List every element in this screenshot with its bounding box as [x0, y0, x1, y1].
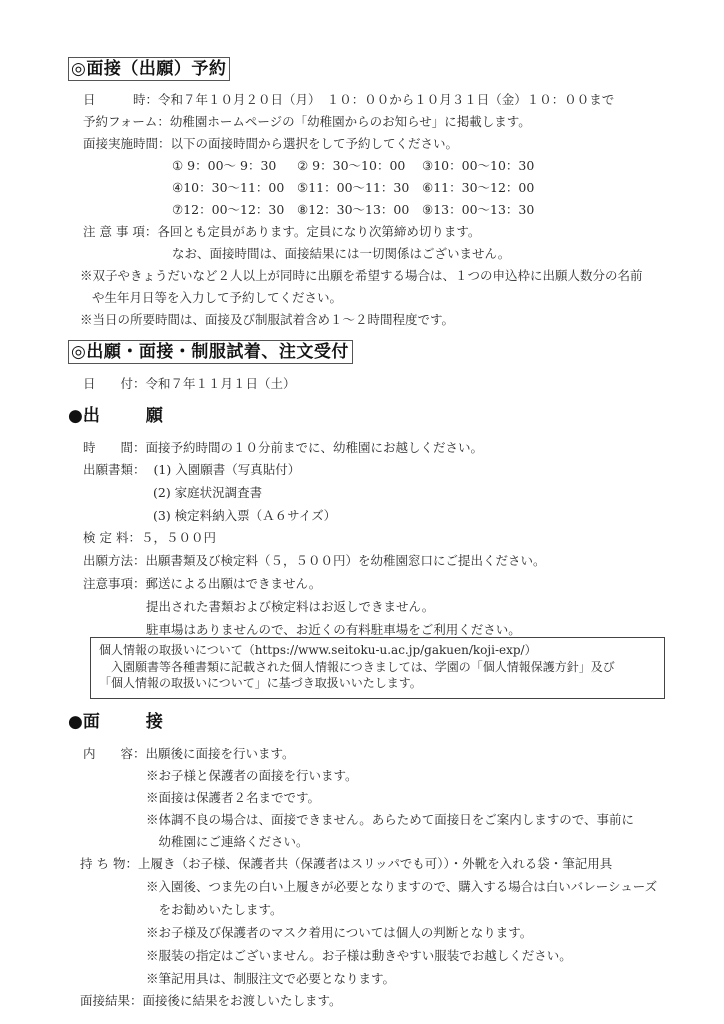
documents-row: 出願書類：(1) 入園願書（写真貼付） — [83, 462, 300, 478]
row-label: 注 意 事 項： — [83, 224, 157, 240]
row-label: 注意事項： — [83, 576, 146, 592]
application-note-line: 駐車場はありませんので、お近くの有料駐車場をご利用ください。 — [146, 622, 521, 638]
fee-row: 検 定 料：５，５００円 — [83, 530, 216, 546]
notes-row: 注 意 事 項：各回とも定員があります。定員になり次第締め切ります。 — [83, 224, 480, 240]
time-slot: ⑤11：00～11：30 — [297, 180, 422, 196]
row-label: 持 ち 物： — [80, 856, 138, 872]
remark-line: ※当日の所要時間は、面接及び制服試着含め１～２時間程度です。 — [80, 312, 454, 328]
remark-line: ※双子やきょうだいなど２人以上が同時に出願を希望する場合は、１つの申込枠に出願人… — [80, 268, 643, 284]
section-heading-interview-reservation: ◎面接（出願）予約 — [68, 57, 230, 81]
row-label: 日 付： — [83, 376, 146, 392]
row-label: 出願書類： — [83, 462, 146, 478]
time-slot: ⑥11：30～12：00 — [422, 180, 534, 195]
row-value: 各回とも定員があります。定員になり次第締め切ります。 — [157, 224, 480, 239]
notes-line: なお、面接時間は、面接結果には一切関係はございません。 — [172, 246, 510, 262]
row-label: 面接実施時間： — [83, 136, 171, 152]
time-slot: ③10：00～10：30 — [422, 158, 534, 173]
row-label: 出願方法： — [83, 553, 146, 569]
row-value: 令和７年１０月２０日（月） １０：００から１０月３１日（金）１０：００まで — [158, 92, 614, 107]
row-value: 面接後に結果をお渡しいたします。 — [143, 993, 342, 1008]
subheading-part: ●面 — [68, 712, 100, 732]
content-row: 内 容：出願後に面接を行います。 — [83, 746, 295, 762]
time-slot-row: ④10：30～11：00⑤11：00～11：30⑥11：30～12：00 — [172, 180, 534, 196]
privacy-title: 個人情報の取扱いについて（https://www.seitoku-u.ac.jp… — [99, 642, 656, 659]
row-value: 幼稚園ホームページの「幼稚園からのお知らせ」に掲載します。 — [170, 114, 531, 129]
application-notes-row: 注意事項：郵送による出願はできません。 — [83, 576, 321, 592]
result-row: 面接結果：面接後に結果をお渡しいたします。 — [80, 993, 342, 1009]
row-value: 上履き（お子様、保護者共（保護者はスリッパでも可））・外靴を入れる袋・筆記用具 — [138, 856, 612, 871]
time-slot: ⑦12：00～12：30 — [172, 202, 297, 218]
privacy-notice-box: 個人情報の取扱いについて（https://www.seitoku-u.ac.jp… — [90, 637, 665, 699]
belongings-note: ※入園後、つま先の白い上履きが必要となりますので、購入する場合は白いバレーシュー… — [146, 879, 657, 895]
belongings-row: 持 ち 物：上履き（お子様、保護者共（保護者はスリッパでも可））・外靴を入れる袋… — [80, 856, 612, 872]
content-note: ※体調不良の場合は、面接できません。あらためて面接日をご案内しますので、事前に — [146, 812, 634, 828]
time-slot: ⑧12：30～13：00 — [297, 202, 422, 218]
document-item: (2) 家庭状況調査書 — [153, 485, 262, 501]
section-heading-application-interview-uniform: ◎出願・面接・制服試着、注文受付 — [68, 340, 353, 364]
document-item: (3) 検定料納入票（Ａ６サイズ） — [153, 508, 336, 524]
row-label: 面接結果： — [80, 993, 143, 1009]
belongings-note: ※服装の指定はございません。お子様は動きやすい服装でお越しください。 — [146, 948, 572, 964]
date-row: 日 付：令和７年１１月１日（土） — [83, 376, 296, 392]
privacy-text: 入園願書等各種書類に記載された個人情報につきましては、学園の「個人情報保護方針」… — [99, 659, 656, 676]
method-row: 出願方法：出願書類及び検定料（５，５００円）を幼稚園窓口にご提出ください。 — [83, 553, 546, 569]
subheading-interview: ●面接 — [68, 712, 163, 732]
row-value: 以下の面接時間から選択をして予約してください。 — [171, 136, 459, 151]
row-label: 予約フォーム： — [83, 114, 170, 130]
time-slot: ② 9：30～10：00 — [297, 158, 422, 174]
row-value: 出願後に面接を行います。 — [146, 746, 295, 761]
subheading-application: ●出願 — [68, 406, 163, 426]
content-note: ※面接は保護者２名までです。 — [146, 790, 320, 806]
time-slot-row: ① 9：00～ 9：30② 9：30～10：00③10：00～10：30 — [172, 158, 534, 174]
row-value: ５，５００円 — [141, 530, 216, 545]
privacy-text: 「個人情報の取扱いについて」に基づき取扱いいたします。 — [99, 675, 656, 692]
row-value: 令和７年１１月１日（土） — [146, 376, 296, 391]
row-value: 面接予約時間の１０分前までに、幼稚園にお越しください。 — [146, 440, 484, 455]
subheading-part: 願 — [146, 406, 163, 426]
row-label: 検 定 料： — [83, 530, 141, 546]
row-label: 内 容： — [83, 746, 146, 762]
reservation-form-row: 予約フォーム：幼稚園ホームページの「幼稚園からのお知らせ」に掲載します。 — [83, 114, 531, 130]
time-row: 時 間：面接予約時間の１０分前までに、幼稚園にお越しください。 — [83, 440, 483, 456]
application-note-line: 提出された書類および検定料はお返しできません。 — [146, 599, 434, 615]
time-slot: ④10：30～11：00 — [172, 180, 297, 196]
subheading-part: 接 — [146, 712, 163, 732]
interview-time-row: 面接実施時間：以下の面接時間から選択をして予約してください。 — [83, 136, 458, 152]
row-label: 日 時： — [83, 92, 158, 108]
time-slot-row: ⑦12：00～12：30⑧12：30～13：00⑨13：00～13：30 — [172, 202, 534, 218]
reservation-date-row: 日 時：令和７年１０月２０日（月） １０：００から１０月３１日（金）１０：００ま… — [83, 92, 614, 108]
time-slot: ⑨13：00～13：30 — [422, 202, 534, 217]
belongings-note: ※筆記用具は、制服注文で必要となります。 — [146, 971, 395, 987]
row-value: 郵送による出願はできません。 — [146, 576, 322, 591]
remark-line: や生年月日等を入力して予約してください。 — [92, 290, 342, 306]
belongings-note: ※お子様及び保護者のマスク着用については個人の判断となります。 — [146, 925, 532, 941]
subheading-part: ●出 — [68, 406, 100, 426]
content-note: ※お子様と保護者の面接を行います。 — [146, 768, 358, 784]
time-slot: ① 9：00～ 9：30 — [172, 158, 297, 174]
content-note: 幼稚園にご連絡ください。 — [146, 834, 309, 850]
row-label: 時 間： — [83, 440, 146, 456]
document-item: (1) 入園願書（写真貼付） — [154, 462, 301, 477]
row-value: 出願書類及び検定料（５，５００円）を幼稚園窓口にご提出ください。 — [146, 553, 546, 568]
belongings-note: をお勧めいたします。 — [146, 902, 283, 918]
